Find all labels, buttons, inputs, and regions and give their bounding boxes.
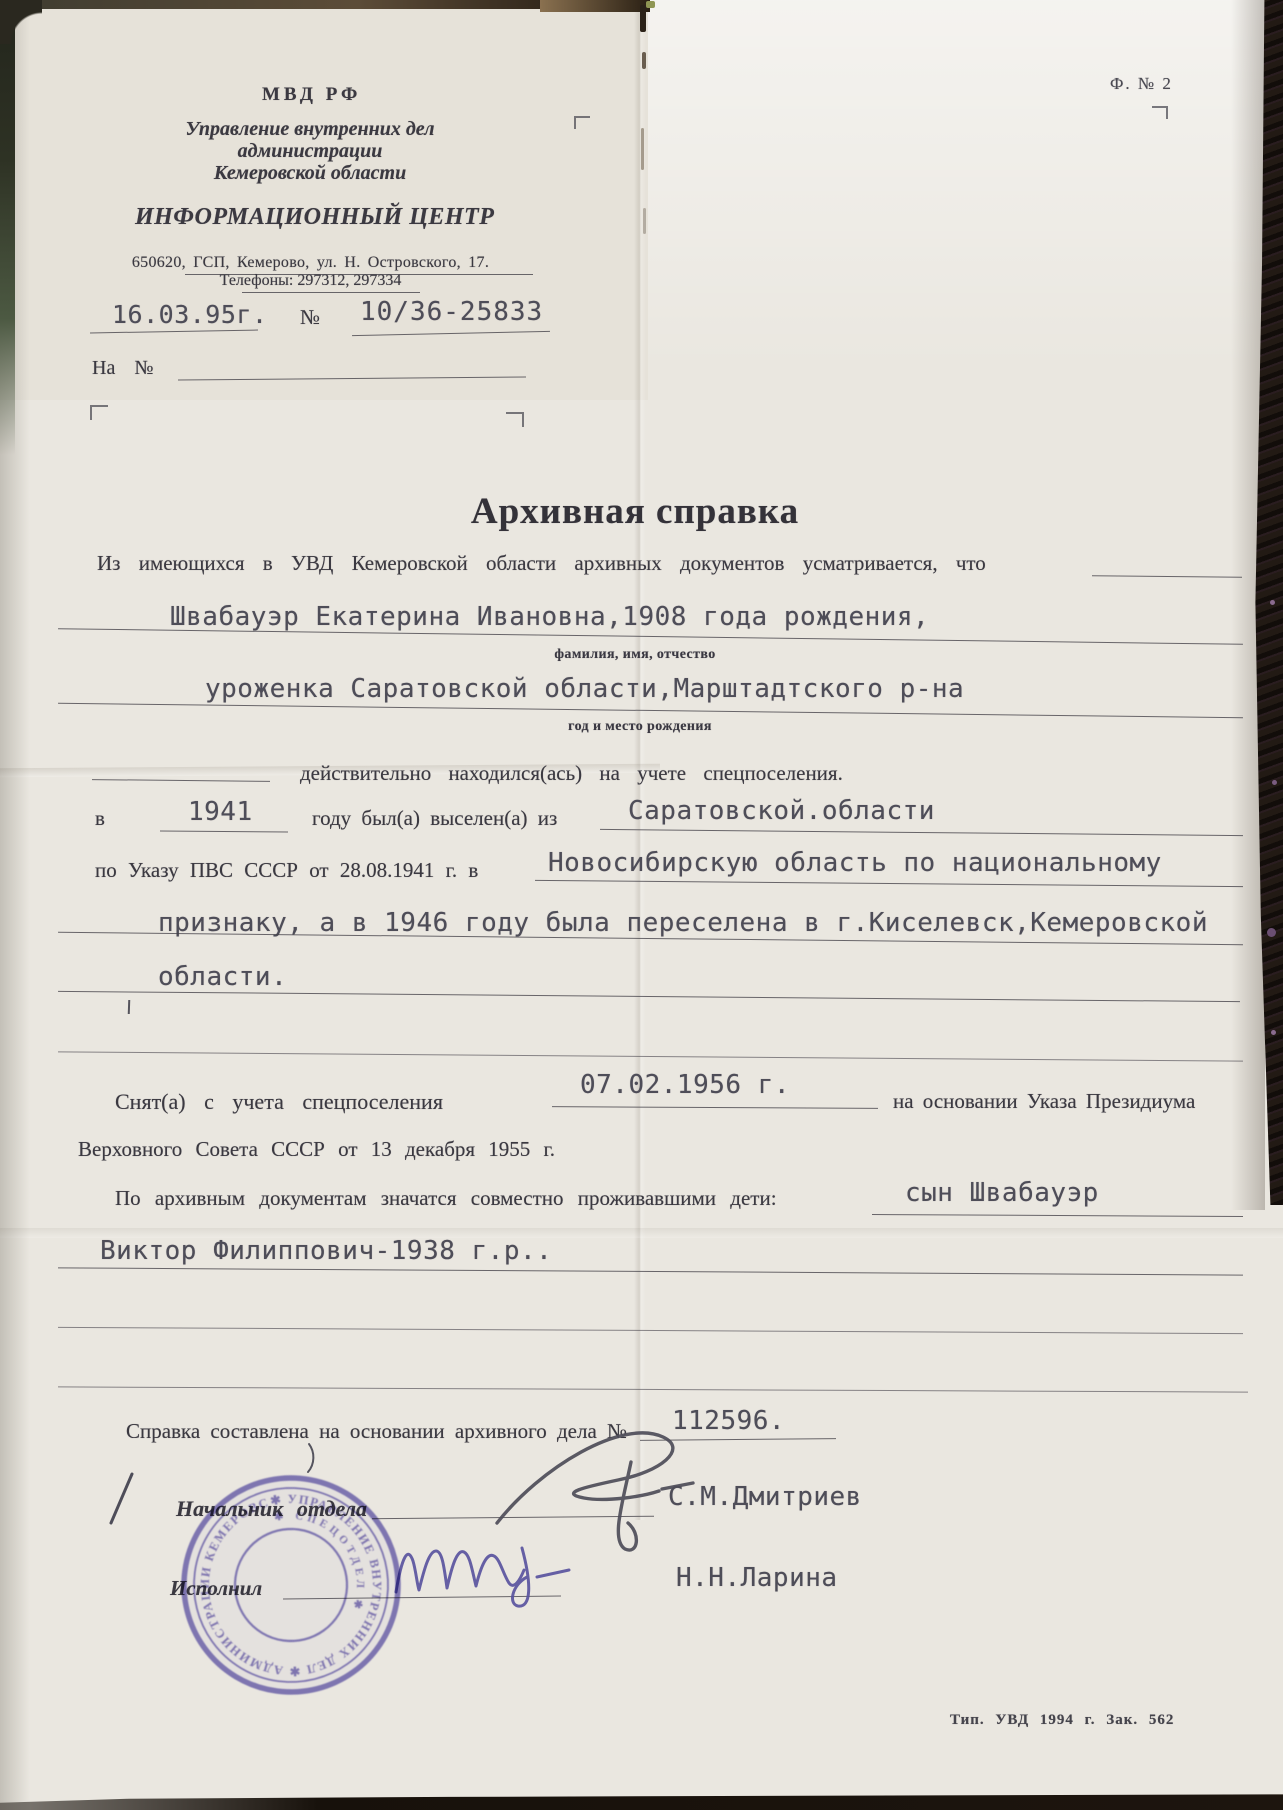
ministry-name: МВД РФ <box>262 84 361 106</box>
name-caption: фамилия, имя, отчество <box>455 647 815 663</box>
children-value-1: сын Швабауэр <box>905 1178 1099 1208</box>
removed-label: Снят(а) с учета спецпоселения <box>115 1089 443 1115</box>
continuation-line-2: области. <box>158 962 287 992</box>
executor-name: Н.Н.Ларина <box>676 1563 838 1593</box>
org-line-1: Управление внутренних дел <box>150 118 470 140</box>
corner-mark-right <box>506 412 524 427</box>
document-number: 10/36-25833 <box>360 297 543 327</box>
birth-place-value: уроженка Саратовской области,Марштадтско… <box>205 674 964 704</box>
scanned-document: МВД РФ Управление внутренних дел админис… <box>0 0 1283 1810</box>
children-value-2: Виктор Филиппович-1938 г.р.. <box>100 1236 552 1266</box>
org-phones: Телефоны: 297312, 297334 <box>88 272 533 290</box>
intro-line: Из имеющихся в УВД Кемеровской области а… <box>97 551 986 576</box>
evicted-prefix: в <box>95 806 105 831</box>
person-name-value: Швабауэр Екатерина Ивановна,1908 года ро… <box>170 602 929 632</box>
org-line-2: администрации <box>150 140 470 162</box>
corner-mark-left <box>90 405 108 420</box>
evicted-from-value: Саратовской.области <box>628 796 935 826</box>
registered-line: действительно находился(ась) на учете сп… <box>300 761 843 786</box>
basis-value: 112596. <box>672 1406 785 1436</box>
phones-underline <box>242 292 420 293</box>
removed-date-value: 07.02.1956 г. <box>580 1070 790 1100</box>
chief-name: С.М.Дмитриев <box>668 1482 862 1512</box>
children-label: По архивным документам значатся совместн… <box>115 1186 777 1211</box>
evicted-year-value: 1941 <box>188 797 253 827</box>
form-code: Ф. № 2 <box>1110 74 1173 94</box>
org-address: 650620, ГСП, Кемерово, ул. Н. Островског… <box>88 254 533 272</box>
info-center-name: ИНФОРМАЦИОННЫЙ ЦЕНТР <box>135 204 485 231</box>
removed-suffix: на основании Указа Президиума <box>893 1089 1195 1114</box>
document-date: 16.03.95г. <box>112 300 268 329</box>
print-shop-info: Тип. УВД 1994 г. Зак. 562 <box>950 1712 1174 1729</box>
decree-line: по Указу ПВС СССР от 28.08.1941 г. в <box>95 858 478 883</box>
decree-destination-value: Новосибирскую область по национальному <box>548 848 1162 878</box>
number-sign: № <box>300 305 320 330</box>
corner-mark-center-top <box>574 116 590 129</box>
document-title: Архивная справка <box>435 490 835 533</box>
org-line-3: Кемеровской области <box>150 162 470 184</box>
corner-mark-top-right <box>1152 106 1168 119</box>
org-name-block: Управление внутренних дел администрации … <box>150 118 470 184</box>
removed-line-2: Верховного Совета СССР от 13 декабря 195… <box>78 1137 555 1162</box>
birth-caption: год и место рождения <box>470 719 810 735</box>
reference-label: На № <box>92 357 153 380</box>
evicted-mid: году был(а) выселен(а) из <box>312 806 557 831</box>
